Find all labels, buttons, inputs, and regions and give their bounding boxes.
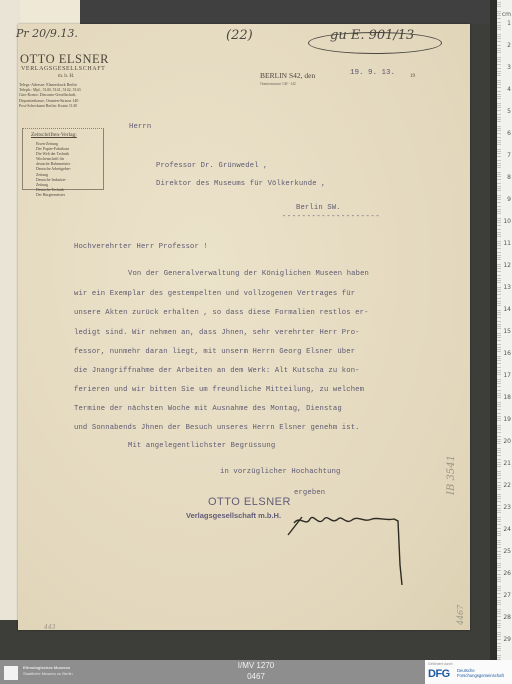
ruler-tick: 28 [501,614,511,621]
letter-date: 19. 9. 13. [350,69,395,77]
scan-viewport: Pr 20/9.13. (22) gu E. 901/13 IB 3541 44… [0,0,512,660]
publication-item: Der Bürgermeister [36,193,71,198]
ruler-tick: 15 [501,328,511,335]
ruler-tick: 7 [501,152,511,159]
underlying-sheet-top [20,0,80,26]
ruler-tick: 22 [501,482,511,489]
handwritten-reference: gu E. 901/13 [330,28,414,43]
ruler-tick: 16 [501,350,511,357]
letterhead-contact: Telegr.-Adresse: Elsnerdruck Berlin Tele… [19,82,81,108]
company-stamp-name: OTTO ELSNER [208,496,291,508]
letterhead-subtitle: VERLAGSGESELLSCHAFT [21,66,105,72]
body-line: und Sonnabends Jhnen der Besuch unseres … [74,424,360,432]
ruler-tick: 1 [501,20,511,27]
publications-list: Eisen-Zeitung Der Papier-Fabrikant Die W… [36,142,71,198]
body-line: die Jnangriffnahme der Arbeiten an dem W… [74,367,360,375]
publication-item: Deutsche Arbeitgeber- [36,167,71,172]
ruler-tick: 4 [501,86,511,93]
ruler-tick: 21 [501,460,511,467]
handwritten-margin-number: IB 3541 [446,455,457,495]
ruler-tick: 26 [501,570,511,577]
letter-year-prefix: 19 [410,74,415,79]
recipient-name: Professor Dr. Grünwedel , [156,162,268,170]
body-line: fessor, nunmehr daran liegt, mit unserm … [74,348,355,356]
ruler-tick: 24 [501,526,511,533]
ruler-tick: 12 [501,262,511,269]
valediction: in vorzüglicher Hochachtung [220,468,341,476]
ruler-tick: 20 [501,438,511,445]
ruler-tick: 9 [501,196,511,203]
ruler-tick: 23 [501,504,511,511]
signature [280,505,410,595]
company-stamp-sub: Verlagsgesellschaft m.b.H. [186,511,281,520]
handwritten-folio-number: (22) [226,28,253,43]
recipient-underline: -------------------- [282,213,380,221]
handwritten-page-number: 4467 [456,605,465,625]
ruler-tick: 11 [501,240,511,247]
recipient-title: Direktor des Museums für Völkerkunde , [156,180,326,188]
ruler-tick: 10 [501,218,511,225]
ruler-tick: 13 [501,284,511,291]
body-line: Termine der nächsten Woche mit Ausnahme … [74,405,342,413]
handwritten-date-note: Pr 20/9.13. [16,27,78,40]
ruler-tick: 5 [501,108,511,115]
ruler-tick: 19 [501,416,511,423]
ruler-tick: 17 [501,372,511,379]
body-line: ferieren und wir bitten Sie um freundlic… [74,386,364,394]
publications-title: Zeitschriften-Verlag: [31,132,77,138]
handwritten-bottom-left-number: 443 [44,624,55,631]
letterhead-legal-form: m. b. H. [58,74,74,79]
letterhead-company: OTTO ELSNER [20,52,109,67]
dfg-name: Deutsche Forschungsgemeinschaft [457,668,504,678]
archive-footer: Ethnologisches Museum Staatliche Museen … [0,660,512,684]
letterhead-street: Oranienstrasse 140 - 142 [260,82,296,86]
scan-background [80,0,490,24]
dfg-name-line: Forschungsgemeinschaft [457,673,504,678]
body-line: unsere Akten zurück erhalten , so dass d… [74,309,369,317]
ruler-tick: 25 [501,548,511,555]
ruler-tick: 3 [501,64,511,71]
recipient-city: Berlin SW. [296,204,341,212]
publications-box: Zeitschriften-Verlag: Eisen-Zeitung Der … [22,128,104,190]
body-line: ledigt sind. Wir nehmen an, dass Jhnen, … [74,329,360,337]
ruler-tick: 29 [501,636,511,643]
ruler-tick: 8 [501,174,511,181]
letter-greeting: Hochverehrter Herr Professor ! [74,243,208,251]
measurement-ruler: cm 1 2 3 4 5 6 7 8 9 10 11 12 13 14 15 1… [490,0,512,660]
funded-by-label: Gefördert durch [428,662,453,666]
contact-line: Giro-Konto: Disconto-Gesellschaft, [19,92,81,97]
ruler-unit-label: cm [501,11,511,18]
body-line: Von der Generalverwaltung der Königliche… [128,270,369,278]
letterhead-place: BERLIN S42, den [260,71,315,80]
body-line: wir ein Exemplar des gestempelten und vo… [74,290,355,298]
dfg-funding-logo: Gefördert durch DFG Deutsche Forschungsg… [425,660,512,684]
publication-item: Deutsche Industrie- [36,178,71,183]
ruler-tick: 2 [501,42,511,49]
ruler-tick: 18 [501,394,511,401]
ruler-tick: 6 [501,130,511,137]
ruler-tick: 14 [501,306,511,313]
ruler-tick: 27 [501,592,511,599]
recipient-herrn: Herrn [129,123,151,131]
ergeben: ergeben [294,489,325,497]
contact-line: Post-Scheckamt Berlin: Konto 1140 [19,103,81,108]
dfg-logo-icon: DFG [428,668,450,680]
closing-line: Mit angelegentlichster Begrüssung [128,442,275,450]
